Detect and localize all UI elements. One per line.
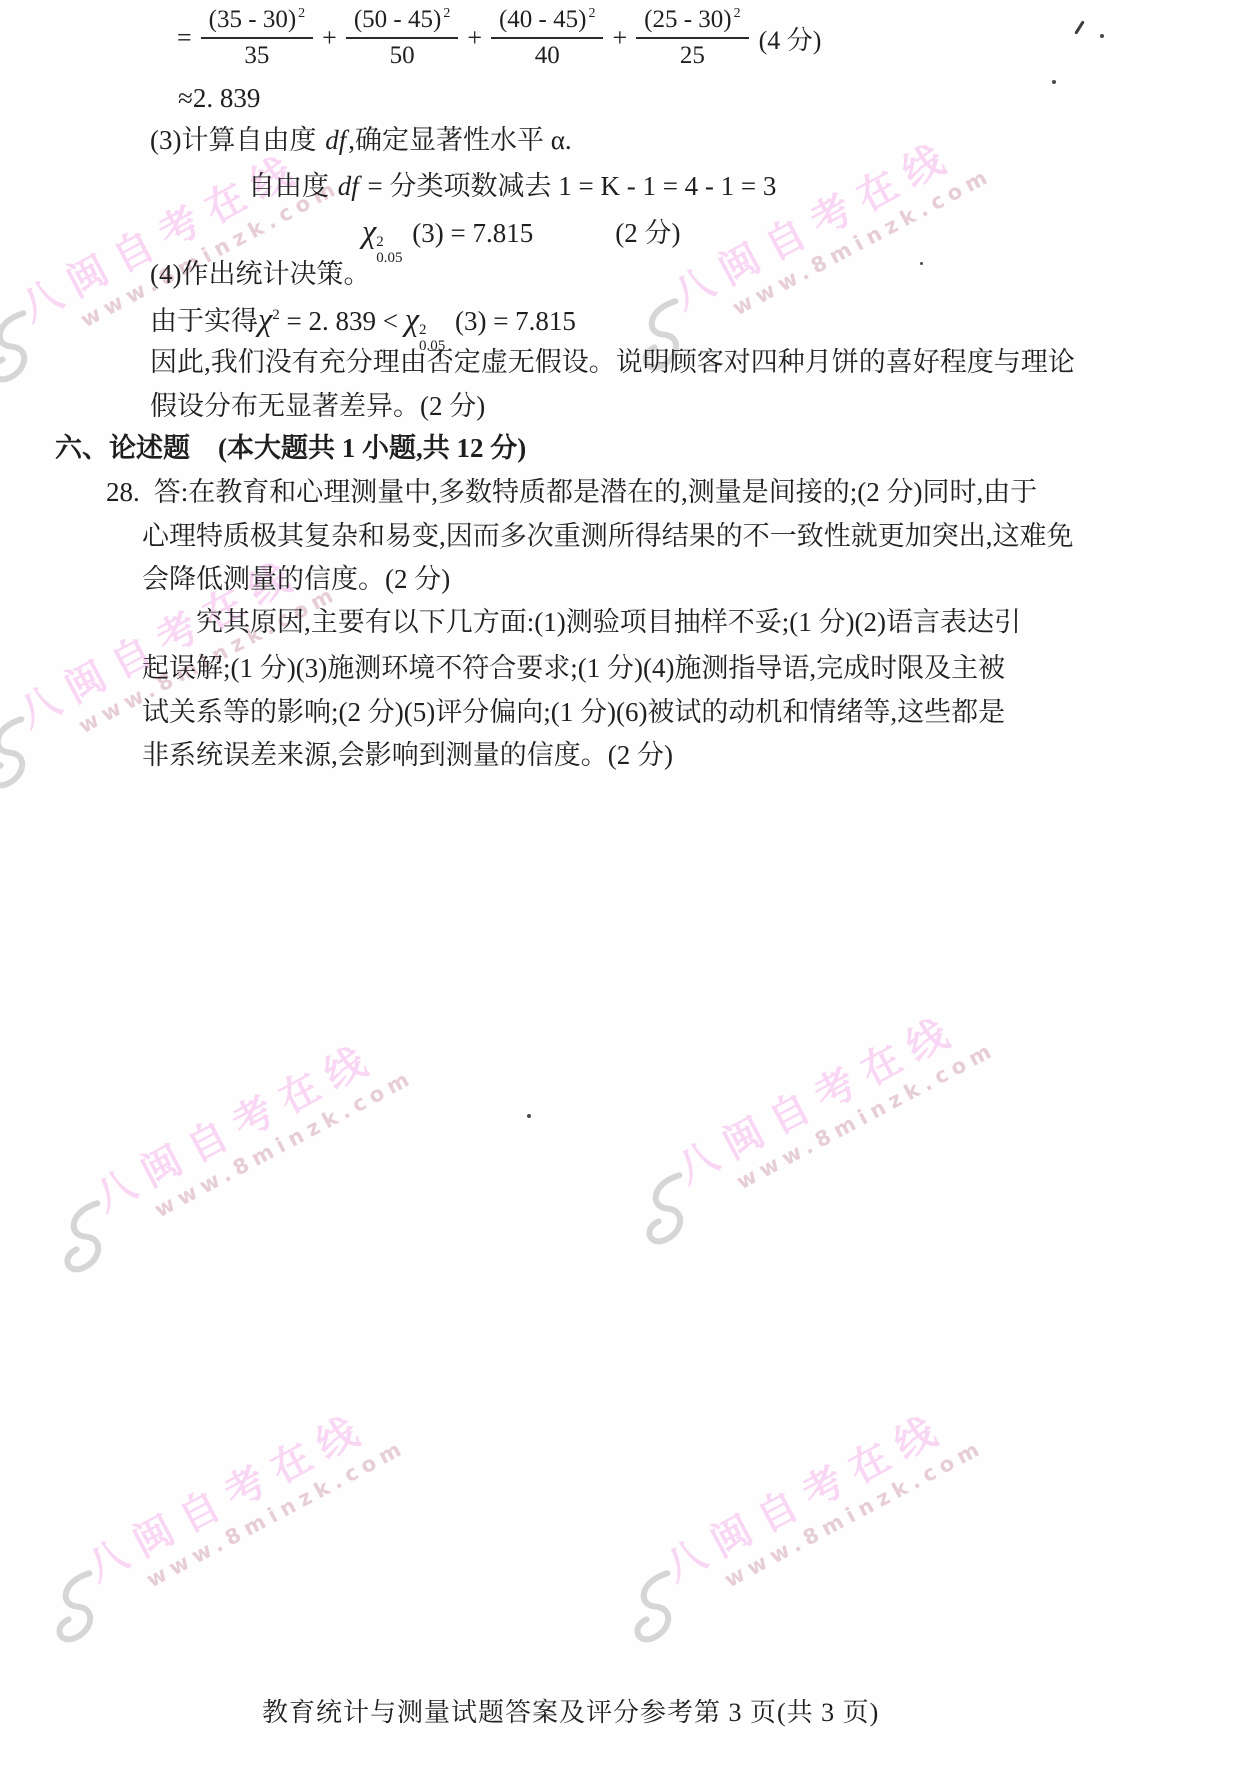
step4-heading: (4)作出统计决策。	[150, 258, 370, 292]
watermark-brand-text: 八闽自考在线	[83, 1014, 407, 1222]
q28-answer-line-6: 试关系等的影响;(2 分)(5)评分偏向;(1 分)(6)被试的动机和情绪等,这…	[142, 696, 1005, 730]
fraction-term-1: (35 - 30)2 35	[201, 6, 313, 70]
8minzk-logo-icon	[0, 300, 67, 398]
ink-speck	[527, 1114, 531, 1118]
watermark: 八闽自考在线 www.8minzk.com	[32, 1014, 418, 1271]
q28-answer-line-3: 会降低测量的信度。(2 分)	[142, 563, 450, 597]
q28-number: 28.	[106, 477, 140, 507]
watermark-brand-text: 八闽自考在线	[75, 1384, 399, 1592]
df-variable: df	[323, 125, 348, 155]
fraction-term-4: (25 - 30)2 25	[636, 6, 748, 70]
plus-sign: +	[467, 23, 482, 53]
numerator-exponent: 2	[588, 6, 595, 21]
numerator-text: (50 - 45)	[354, 6, 441, 33]
watermark: 八闽自考在线 www.8minzk.com	[24, 1384, 410, 1641]
step3-text-pre: (3)计算自由度	[150, 125, 323, 155]
scanned-exam-answer-page: 八闽自考在线 www.8minzk.com 八闽自考在线 www.8minzk.…	[0, 0, 1258, 1776]
fraction-denominator: 40	[535, 39, 560, 70]
numerator-text: (25 - 30)	[644, 6, 731, 33]
ink-speck	[1052, 80, 1056, 84]
watermark-brand-text: 八闽自考在线	[665, 986, 989, 1194]
fraction-denominator: 50	[390, 39, 415, 70]
q28-answer-line-5: 起误解;(1 分)(3)施测环境不符合要求;(1 分)(4)施测指导语,完成时限…	[142, 652, 1005, 686]
chi-symbol: χ	[258, 302, 272, 338]
watermark-brand-text: 八闽自考在线	[661, 112, 985, 320]
numerator-text: (35 - 30)	[209, 6, 296, 33]
numerator-exponent: 2	[298, 6, 305, 21]
conclusion-line-1: 因此,我们没有充分理由否定虚无假设。说明顾客对四种月饼的喜好程度与理论	[150, 346, 1075, 380]
chi-symbol: χ	[405, 302, 419, 338]
numerator-exponent: 2	[443, 6, 450, 21]
points-label: (4 分)	[759, 20, 822, 57]
conclusion-line-2: 假设分布无显著差异。(2 分)	[150, 390, 485, 424]
chi-exponent: 2	[419, 323, 445, 339]
watermark-url-text: www.8minzk.com	[143, 1435, 411, 1593]
fraction-term-2: (50 - 45)2 50	[346, 6, 458, 70]
chi-symbol: χ	[362, 214, 376, 250]
page-footer: 教育统计与测量试题答案及评分参考第 3 页(共 3 页)	[262, 1692, 879, 1729]
chi-critical-value-line: χ20.05 (3) = 7.815(2 分)	[362, 212, 680, 267]
watermark-url-text: www.8minzk.com	[733, 1037, 1001, 1195]
q28-answer-line-2: 心理特质极其复杂和易变,因而多次重测所得结果的不一致性就更加突出,这难免	[142, 520, 1074, 554]
plus-sign: +	[322, 23, 337, 53]
ink-speck	[920, 262, 923, 265]
watermark-url-text: www.8minzk.com	[721, 1435, 989, 1593]
8minzk-logo-icon	[40, 1190, 141, 1288]
watermark: 八闽自考在线 www.8minzk.com	[614, 986, 1000, 1243]
equals-sign: =	[177, 23, 192, 53]
q28-text: 答:在教育和心理测量中,多数特质都是潜在的,测量是间接的;(2 分)同时,由于	[154, 477, 1037, 507]
fraction-denominator: 25	[680, 39, 705, 70]
q28-answer-line-1: 28.答:在教育和心理测量中,多数特质都是潜在的,测量是间接的;(2 分)同时,…	[106, 476, 1037, 510]
ink-speck	[1100, 34, 1104, 38]
8minzk-logo-icon	[622, 1162, 723, 1260]
numerator-exponent: 2	[734, 6, 741, 21]
chi-exponent: 2	[376, 235, 402, 251]
8minzk-logo-icon	[610, 1560, 711, 1658]
comparison-mid-text: = 2. 839 <	[280, 306, 405, 336]
df-text-post: = 分类项数减去 1 = K - 1 = 4 - 1 = 3	[361, 171, 777, 201]
comparison-rest-text: (3) = 7.815	[448, 306, 576, 336]
points-label: (2 分)	[615, 218, 680, 248]
ink-tick-mark	[1074, 20, 1084, 34]
approx-result-line: ≈2. 839	[178, 82, 260, 116]
8minzk-logo-icon	[32, 1560, 133, 1658]
df-variable: df	[336, 171, 361, 201]
df-text-pre: 自由度	[248, 171, 336, 201]
step3-heading: (3)计算自由度 df,确定显著性水平 α.	[150, 124, 572, 158]
watermark-url-text: www.8minzk.com	[151, 1065, 419, 1223]
chi-value-text: (3) = 7.815	[406, 218, 534, 248]
8minzk-logo-icon	[0, 706, 65, 804]
step3-text-post: ,确定显著性水平 α.	[348, 125, 571, 155]
section6-heading: 六、论述题(本大题共 1 小题,共 12 分)	[55, 432, 526, 466]
watermark: 八闽自考在线 www.8minzk.com	[602, 1384, 988, 1641]
watermark-brand-text: 八闽自考在线	[653, 1384, 977, 1592]
chi-sup-sub: 20.05	[376, 235, 402, 267]
fraction-numerator: (50 - 45)2	[346, 6, 458, 39]
q28-answer-line-7: 非系统误差来源,会影响到测量的信度。(2 分)	[142, 739, 673, 773]
chi-exponent: 2	[272, 307, 280, 323]
section6-title: 六、论述题	[55, 433, 190, 463]
chi-square-sum-formula: = (35 - 30)2 35 + (50 - 45)2 50 + (40 - …	[172, 6, 821, 70]
degrees-of-freedom-line: 自由度 df = 分类项数减去 1 = K - 1 = 4 - 1 = 3	[248, 170, 776, 204]
section6-note: (本大题共 1 小题,共 12 分)	[218, 433, 526, 463]
fraction-term-3: (40 - 45)2 40	[491, 6, 603, 70]
comparison-pre-text: 由于实得	[150, 306, 258, 336]
q28-answer-line-4: 究其原因,主要有以下几方面:(1)测验项目抽样不妥;(1 分)(2)语言表达引	[196, 606, 1021, 640]
plus-sign: +	[612, 23, 627, 53]
numerator-text: (40 - 45)	[499, 6, 586, 33]
fraction-numerator: (40 - 45)2	[491, 6, 603, 39]
chi-alpha-subscript: 0.05	[376, 251, 402, 267]
fraction-numerator: (35 - 30)2	[201, 6, 313, 39]
fraction-numerator: (25 - 30)2	[636, 6, 748, 39]
fraction-denominator: 35	[244, 39, 269, 70]
